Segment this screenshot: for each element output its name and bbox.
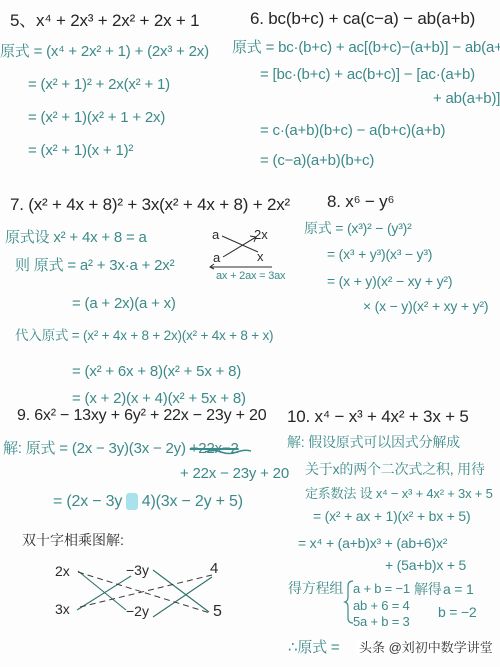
cross-result: ax + 2ax = 3ax [216,271,285,282]
problem-7-step: 则 原式 = a² + 3x·a + 2x² [15,258,174,273]
problem-6-title: 6. bc(b+c) + ca(c−a) − ab(a+b) [250,10,475,27]
problem-9-step-text: 解: 原式 = (2x − 3y)(3x − 2y) [3,440,186,457]
problem-6-step: = (c−a)(a+b)(b+c) [260,153,374,168]
cross-top-left: a [212,228,219,241]
problem-7-step: = (x + 2)(x + 4)(x² + 5x + 8) [72,391,246,406]
equation: a + b = −1 [353,582,410,595]
cross-bottom-left: a [213,251,220,264]
problem-7-step: = (a + 2x)(a + x) [72,296,176,311]
problem-5-title: 5、x⁴ + 2x³ + 2x² + 2x + 1 [10,12,199,29]
diagram-title: 双十字相乘图解: [22,533,124,547]
system-brace-icon [345,581,353,623]
problem-9-step: 解: 原式 = (2x − 3y)(3x − 2y) +22x−2 [3,441,239,456]
problem-10-step: = x⁴ + (a+b)x³ + (ab+6)x² [298,536,447,550]
solution-a: a = 1 [443,582,474,596]
solution-label: 解得 [414,582,442,596]
problem-7-title: 7. (x² + 4x + 8)² + 3x(x² + 4x + 8) + 2x… [10,196,290,213]
cross-line-a-to-2x [223,237,256,257]
double-cross-left-top: 2x [55,564,70,578]
problem-10-step: 定系数法 设 x⁴ − x³ + 4x² + 3x + 5 [305,487,493,500]
problem-8-step: 原式 = (x³)² − (y³)² [304,221,412,235]
problem-9-step: + 22x − 23y + 20 [180,466,289,481]
cross-line-a-to-x [222,236,258,252]
problem-5-step: = (x² + 1)(x + 1)² [28,143,133,158]
problem-8-title: 8. x⁶ − y⁶ [327,193,394,210]
cross-top-right: 2x [254,228,268,241]
problem-10-title: 10. x⁴ − x³ + 4x² + 3x + 5 [287,408,469,425]
equation: ab + 6 = 4 [353,599,410,612]
double-cross-left-bottom: 3x [55,602,70,616]
problem-8-step: = (x³ + y³)(x³ − y³) [327,247,432,261]
double-cross-right-bottom: 5 [213,604,222,620]
answer-part: = (2x − 3y [53,493,126,510]
problem-10-step: = (x² + ax + 1)(x² + bx + 5) [313,509,470,523]
problem-5-step: = (x² + 1)(x² + 1 + 2x) [28,110,165,125]
problem-9-title: 9. 6x² − 13xy + 6y² + 22x − 23y + 20 [17,408,266,424]
problem-7-step: 原式设 x² + 4x + 8 = a [5,230,147,245]
problem-10-step: 解: 假设原式可以因式分解成 [287,435,460,449]
watermark: 头条 @刘初中数学讲堂 [356,640,496,655]
problem-10-step: + (5a+b)x + 5 [385,558,466,572]
problem-6-step: 原式 = bc·(b+c) + ac[(b+c)−(a+b)] − ab(a+b… [232,40,500,55]
cross-bottom-right: x [257,250,264,263]
problem-5-step: = (x² + 1)² + 2x(x² + 1) [28,77,170,92]
problem-8-step: = (x + y)(x² − xy + y²) [327,274,452,288]
system-label: 得方程组 [288,581,343,595]
crossed-out-text: +22x−2 [190,440,239,457]
problem-5-step: 原式 = (x⁴ + 2x² + 1) + (2x³ + 2x) [0,44,209,59]
problem-7-step: 代入原式 = (x² + 4x + 8 + 2x)(x² + 4x + 8 + … [15,329,273,343]
double-cross-middle-bottom: −2y [126,604,149,618]
problem-7-step: = (x² + 6x + 8)(x² + 5x + 8) [72,364,241,379]
problem-6-step: = c·(a+b)(b+c) − a(b+c)(a+b) [260,123,445,138]
problem-8-step: × (x − y)(x² + xy + y²) [363,299,488,313]
problem-9-answer: = (2x − 3y + 4)(3x − 2y + 5) [53,494,243,510]
equation: 5a + b = 3 [353,615,410,628]
double-cross-right-top: 4 [210,561,218,576]
problem-6-step: + ab(a+b)] [433,91,500,106]
problem-10-step: 关于x的两个二次式之积, 用待 [305,462,485,476]
double-cross-middle-top: −3y [126,563,149,577]
conclusion: ∴原式 = [288,640,339,655]
highlighted-plus-sign: + [126,493,137,510]
solution-b: b = −2 [438,605,477,619]
answer-part: 4)(3x − 2y + 5) [138,493,243,510]
problem-6-step: = [bc·(b+c) + ac(b+c)] − [ac·(a+b) [260,67,475,82]
